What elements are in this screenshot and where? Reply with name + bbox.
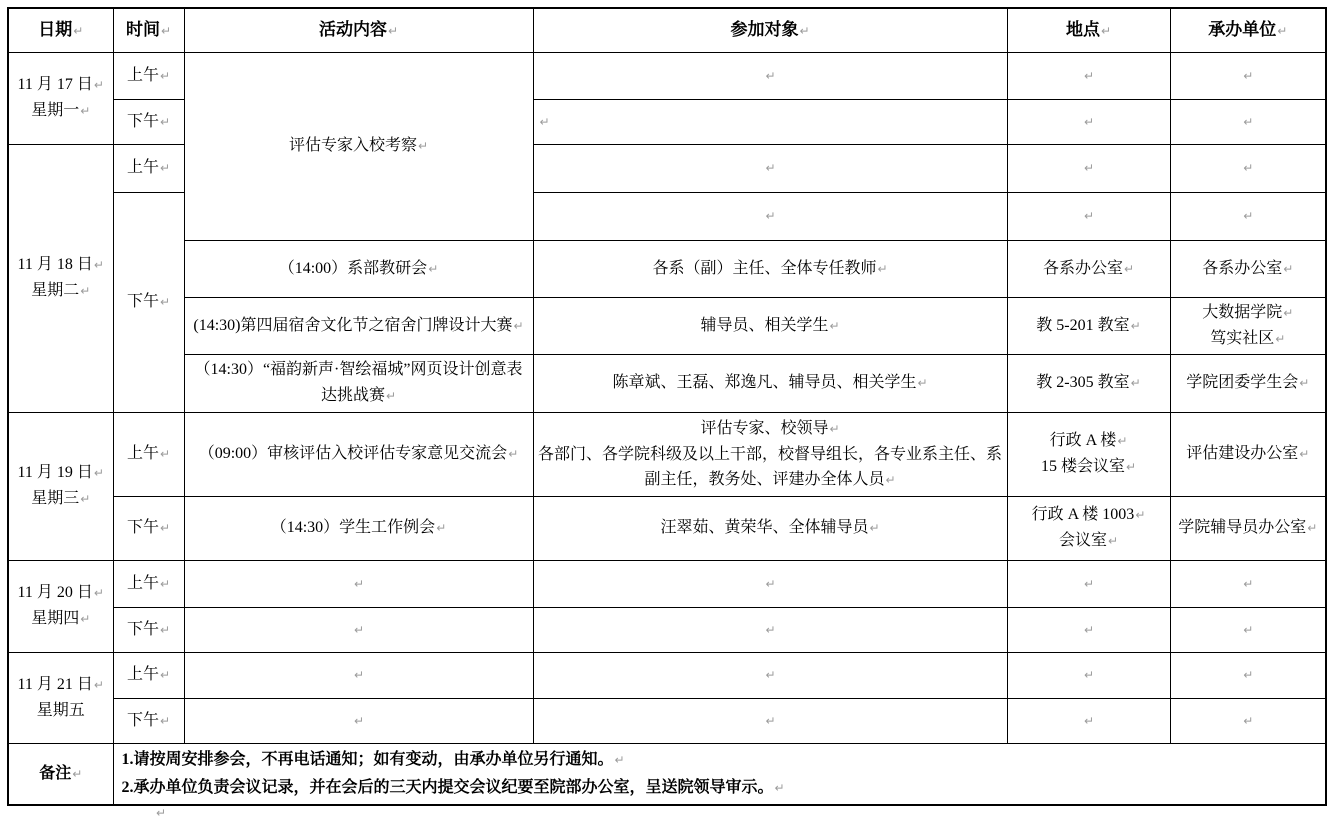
participants-cell-empty: ↵ [533, 192, 1007, 240]
paragraph-mark: ↵ [1243, 209, 1253, 223]
date-cell-nov19: 11 月 19 日↵ 星期三↵ [8, 412, 113, 560]
table-row: 下午↵ （14:30）学生工作例会↵ 汪翠茹、黄荣华、全体辅导员↵ 行政 A 楼… [8, 496, 1326, 560]
remarks-row: 备注↵ 1.请按周安排参会，不再电话通知；如有变动，由承办单位另行通知。↵ 2.… [8, 743, 1326, 805]
paragraph-mark: ↵ [160, 577, 170, 591]
participants-cell: 汪翠茹、黄荣华、全体辅导员↵ [533, 496, 1007, 560]
paragraph-mark: ↵ [829, 422, 839, 436]
paragraph-mark: ↵ [1275, 332, 1285, 346]
paragraph-mark: ↵ [765, 577, 775, 591]
time-cell-am: 上午↵ [113, 412, 184, 496]
paragraph-mark: ↵ [160, 714, 170, 728]
paragraph-mark: ↵ [1243, 577, 1253, 591]
organizer-cell: 各系办公室↵ [1170, 240, 1326, 297]
organizer-cell-empty: ↵ [1170, 144, 1326, 192]
location-cell-empty: ↵ [1007, 652, 1170, 698]
paragraph-mark: ↵ [160, 623, 170, 637]
time-cell-am: 上午↵ [113, 560, 184, 607]
organizer-cell: 学院团委学生会↵ [1170, 354, 1326, 412]
paragraph-mark: ↵ [1084, 623, 1094, 637]
paragraph-mark: ↵ [72, 767, 82, 781]
activity-cell-dept-meeting: （14:00）系部教研会↵ [184, 240, 533, 297]
end-of-document-mark: ↵ [155, 806, 1332, 818]
paragraph-mark: ↵ [386, 389, 396, 403]
table-row: 11 月 20 日↵ 星期四↵ 上午↵ ↵ ↵ ↵ ↵ [8, 560, 1326, 607]
paragraph-mark: ↵ [94, 586, 104, 600]
organizer-cell-empty: ↵ [1170, 560, 1326, 607]
paragraph-mark: ↵ [765, 714, 775, 728]
paragraph-mark: ↵ [1135, 508, 1145, 522]
time-cell-am: 上午↵ [113, 652, 184, 698]
paragraph-mark: ↵ [156, 806, 166, 818]
activity-cell-empty: ↵ [184, 698, 533, 743]
paragraph-mark: ↵ [1084, 69, 1094, 83]
paragraph-mark: ↵ [917, 376, 927, 390]
paragraph-mark: ↵ [1243, 623, 1253, 637]
location-cell: 各系办公室↵ [1007, 240, 1170, 297]
activity-cell-empty: ↵ [184, 652, 533, 698]
paragraph-mark: ↵ [765, 623, 775, 637]
paragraph-mark: ↵ [1307, 521, 1317, 535]
activity-cell-expert-exchange: （09:00）审核评估入校评估专家意见交流会↵ [184, 412, 533, 496]
location-cell-empty: ↵ [1007, 607, 1170, 652]
participants-cell: 辅导员、相关学生↵ [533, 297, 1007, 354]
location-cell-empty: ↵ [1007, 52, 1170, 99]
paragraph-mark: ↵ [1084, 714, 1094, 728]
table-row: 11 月 17 日↵ 星期一↵ 上午↵ 评估专家入校考察↵ ↵ ↵ ↵ [8, 52, 1326, 99]
paragraph-mark: ↵ [94, 258, 104, 272]
location-cell-empty: ↵ [1007, 144, 1170, 192]
location-cell-empty: ↵ [1007, 560, 1170, 607]
organizer-line: 笃实社区↵ [1175, 326, 1322, 352]
participants-line: 评估专家、校领导↵ [538, 416, 1003, 442]
participants-cell-empty: ↵ [533, 607, 1007, 652]
paragraph-mark: ↵ [1101, 24, 1111, 38]
paragraph-mark: ↵ [1084, 115, 1094, 129]
paragraph-mark: ↵ [1243, 115, 1253, 129]
time-cell-pm: 下午↵ [113, 496, 184, 560]
paragraph-mark: ↵ [615, 753, 625, 767]
paragraph-mark: ↵ [1283, 262, 1293, 276]
document-page: 日期↵ 时间↵ 活动内容↵ 参加对象↵ 地点↵ 承办单位↵ 11 月 17 日↵… [0, 0, 1332, 818]
paragraph-mark: ↵ [540, 115, 550, 129]
date-cell-nov21: 11 月 21 日↵ 星期五 [8, 652, 113, 743]
activity-cell-student-work: （14:30）学生工作例会↵ [184, 496, 533, 560]
participants-cell-empty: ↵ [533, 52, 1007, 99]
paragraph-mark: ↵ [436, 521, 446, 535]
paragraph-mark: ↵ [80, 104, 90, 118]
paragraph-mark: ↵ [1243, 714, 1253, 728]
paragraph-mark: ↵ [1131, 319, 1141, 333]
paragraph-mark: ↵ [80, 492, 90, 506]
date-line: 星期二↵ [13, 278, 109, 304]
date-line: 11 月 19 日↵ [13, 460, 109, 486]
date-line: 11 月 21 日↵ [13, 672, 109, 698]
participants-cell-empty: ↵ [533, 99, 1007, 144]
paragraph-mark: ↵ [1277, 24, 1287, 38]
paragraph-mark: ↵ [1084, 668, 1094, 682]
participants-cell: 各系（副）主任、全体专任教师↵ [533, 240, 1007, 297]
date-line: 11 月 17 日↵ [13, 72, 109, 98]
activity-cell-web-contest: （14:30）“福韵新声·智绘福城”网页设计创意表达挑战赛↵ [184, 354, 533, 412]
table-row: 11 月 19 日↵ 星期三↵ 上午↵ （09:00）审核评估入校评估专家意见交… [8, 412, 1326, 496]
paragraph-mark: ↵ [354, 714, 364, 728]
participants-line: 各部门、各学院科级及以上干部，校督导组长，各专业系主任、系副主任，教务处、评建办… [538, 442, 1003, 493]
activity-cell-empty: ↵ [184, 560, 533, 607]
location-cell: 教 5-201 教室↵ [1007, 297, 1170, 354]
paragraph-mark: ↵ [514, 319, 524, 333]
participants-cell-empty: ↵ [533, 652, 1007, 698]
paragraph-mark: ↵ [765, 69, 775, 83]
organizer-cell-empty: ↵ [1170, 607, 1326, 652]
remarks-content-cell: 1.请按周安排参会，不再电话通知；如有变动，由承办单位另行通知。↵ 2.承办单位… [113, 743, 1326, 805]
location-line: 行政 A 楼↵ [1012, 428, 1166, 454]
paragraph-mark: ↵ [418, 139, 428, 153]
paragraph-mark: ↵ [799, 24, 809, 38]
paragraph-mark: ↵ [160, 295, 170, 309]
paragraph-mark: ↵ [1299, 376, 1309, 390]
activity-cell-inspect: 评估专家入校考察↵ [184, 52, 533, 240]
paragraph-mark: ↵ [829, 319, 839, 333]
participants-cell-empty: ↵ [533, 698, 1007, 743]
remark-line-1: 1.请按周安排参会，不再电话通知；如有变动，由承办单位另行通知。↵ [122, 746, 1322, 774]
paragraph-mark: ↵ [73, 24, 83, 38]
paragraph-mark: ↵ [1126, 460, 1136, 474]
paragraph-mark: ↵ [80, 284, 90, 298]
location-line: 行政 A 楼 1003↵ [1012, 502, 1166, 528]
paragraph-mark: ↵ [1243, 161, 1253, 175]
paragraph-mark: ↵ [508, 447, 518, 461]
paragraph-mark: ↵ [428, 262, 438, 276]
paragraph-mark: ↵ [765, 668, 775, 682]
location-cell-empty: ↵ [1007, 99, 1170, 144]
participants-cell: 评估专家、校领导↵ 各部门、各学院科级及以上干部，校督导组长，各专业系主任、系副… [533, 412, 1007, 496]
paragraph-mark: ↵ [1283, 306, 1293, 320]
paragraph-mark: ↵ [1124, 262, 1134, 276]
header-time: 时间↵ [113, 8, 184, 52]
paragraph-mark: ↵ [354, 623, 364, 637]
time-cell-am: 上午↵ [113, 144, 184, 192]
paragraph-mark: ↵ [1084, 209, 1094, 223]
activity-cell-empty: ↵ [184, 607, 533, 652]
header-location: 地点↵ [1007, 8, 1170, 52]
paragraph-mark: ↵ [94, 678, 104, 692]
location-cell-empty: ↵ [1007, 192, 1170, 240]
remark-line-2: 2.承办单位负责会议记录，并在会后的三天内提交会议纪要至院部办公室，呈送院领导审… [122, 774, 1322, 802]
table-row: （14:00）系部教研会↵ 各系（副）主任、全体专任教师↵ 各系办公室↵ 各系办… [8, 240, 1326, 297]
table-row: (14:30)第四届宿舍文化节之宿舍门牌设计大赛↵ 辅导员、相关学生↵ 教 5-… [8, 297, 1326, 354]
header-row: 日期↵ 时间↵ 活动内容↵ 参加对象↵ 地点↵ 承办单位↵ [8, 8, 1326, 52]
paragraph-mark: ↵ [765, 161, 775, 175]
remarks-label-cell: 备注↵ [8, 743, 113, 805]
paragraph-mark: ↵ [869, 521, 879, 535]
organizer-cell-empty: ↵ [1170, 192, 1326, 240]
paragraph-mark: ↵ [160, 161, 170, 175]
paragraph-mark: ↵ [80, 612, 90, 626]
date-line: 星期五 [13, 698, 109, 723]
paragraph-mark: ↵ [94, 466, 104, 480]
activity-cell-dorm-contest: (14:30)第四届宿舍文化节之宿舍门牌设计大赛↵ [184, 297, 533, 354]
paragraph-mark: ↵ [1108, 534, 1118, 548]
date-cell-nov17: 11 月 17 日↵ 星期一↵ [8, 52, 113, 144]
location-line: 会议室↵ [1012, 528, 1166, 554]
paragraph-mark: ↵ [160, 447, 170, 461]
date-line: 星期三↵ [13, 486, 109, 512]
paragraph-mark: ↵ [160, 521, 170, 535]
location-cell: 教 2-305 教室↵ [1007, 354, 1170, 412]
paragraph-mark: ↵ [94, 78, 104, 92]
paragraph-mark: ↵ [885, 473, 895, 487]
participants-cell-empty: ↵ [533, 144, 1007, 192]
paragraph-mark: ↵ [1131, 376, 1141, 390]
organizer-cell-empty: ↵ [1170, 698, 1326, 743]
header-date: 日期↵ [8, 8, 113, 52]
organizer-cell: 评估建设办公室↵ [1170, 412, 1326, 496]
paragraph-mark: ↵ [765, 209, 775, 223]
date-cell-nov18: 11 月 18 日↵ 星期二↵ [8, 144, 113, 412]
date-line: 11 月 20 日↵ [13, 580, 109, 606]
date-cell-nov20: 11 月 20 日↵ 星期四↵ [8, 560, 113, 652]
time-cell-pm: 下午↵ [113, 698, 184, 743]
organizer-cell: 学院辅导员办公室↵ [1170, 496, 1326, 560]
location-cell: 行政 A 楼↵ 15 楼会议室↵ [1007, 412, 1170, 496]
table-row: 11 月 21 日↵ 星期五 上午↵ ↵ ↵ ↵ ↵ [8, 652, 1326, 698]
organizer-cell-empty: ↵ [1170, 99, 1326, 144]
date-line: 星期四↵ [13, 606, 109, 632]
paragraph-mark: ↵ [160, 668, 170, 682]
header-organizer: 承办单位↵ [1170, 8, 1326, 52]
paragraph-mark: ↵ [354, 577, 364, 591]
paragraph-mark: ↵ [1117, 434, 1127, 448]
date-line: 星期一↵ [13, 98, 109, 124]
paragraph-mark: ↵ [1084, 161, 1094, 175]
location-cell-empty: ↵ [1007, 698, 1170, 743]
participants-cell: 陈章斌、王磊、郑逸凡、辅导员、相关学生↵ [533, 354, 1007, 412]
organizer-line: 大数据学院↵ [1175, 300, 1322, 326]
time-cell-pm: 下午↵ [113, 99, 184, 144]
paragraph-mark: ↵ [775, 781, 785, 795]
location-line: 15 楼会议室↵ [1012, 454, 1166, 480]
paragraph-mark: ↵ [388, 24, 398, 38]
organizer-cell-empty: ↵ [1170, 652, 1326, 698]
paragraph-mark: ↵ [160, 115, 170, 129]
paragraph-mark: ↵ [1243, 668, 1253, 682]
organizer-cell: 大数据学院↵ 笃实社区↵ [1170, 297, 1326, 354]
location-cell: 行政 A 楼 1003↵ 会议室↵ [1007, 496, 1170, 560]
schedule-table: 日期↵ 时间↵ 活动内容↵ 参加对象↵ 地点↵ 承办单位↵ 11 月 17 日↵… [7, 7, 1327, 806]
header-participants: 参加对象↵ [533, 8, 1007, 52]
table-row: 下午↵ ↵ ↵ ↵ ↵ [8, 698, 1326, 743]
paragraph-mark: ↵ [161, 24, 171, 38]
time-cell-pm: 下午↵ [113, 607, 184, 652]
organizer-cell-empty: ↵ [1170, 52, 1326, 99]
header-activity: 活动内容↵ [184, 8, 533, 52]
table-row: （14:30）“福韵新声·智绘福城”网页设计创意表达挑战赛↵ 陈章斌、王磊、郑逸… [8, 354, 1326, 412]
paragraph-mark: ↵ [1243, 69, 1253, 83]
table-row: 下午↵ ↵ ↵ ↵ ↵ [8, 607, 1326, 652]
paragraph-mark: ↵ [1299, 447, 1309, 461]
time-cell-pm: 下午↵ [113, 192, 184, 412]
participants-cell-empty: ↵ [533, 560, 1007, 607]
paragraph-mark: ↵ [877, 262, 887, 276]
time-cell-am: 上午↵ [113, 52, 184, 99]
paragraph-mark: ↵ [160, 69, 170, 83]
paragraph-mark: ↵ [1084, 577, 1094, 591]
date-line: 11 月 18 日↵ [13, 252, 109, 278]
paragraph-mark: ↵ [354, 668, 364, 682]
